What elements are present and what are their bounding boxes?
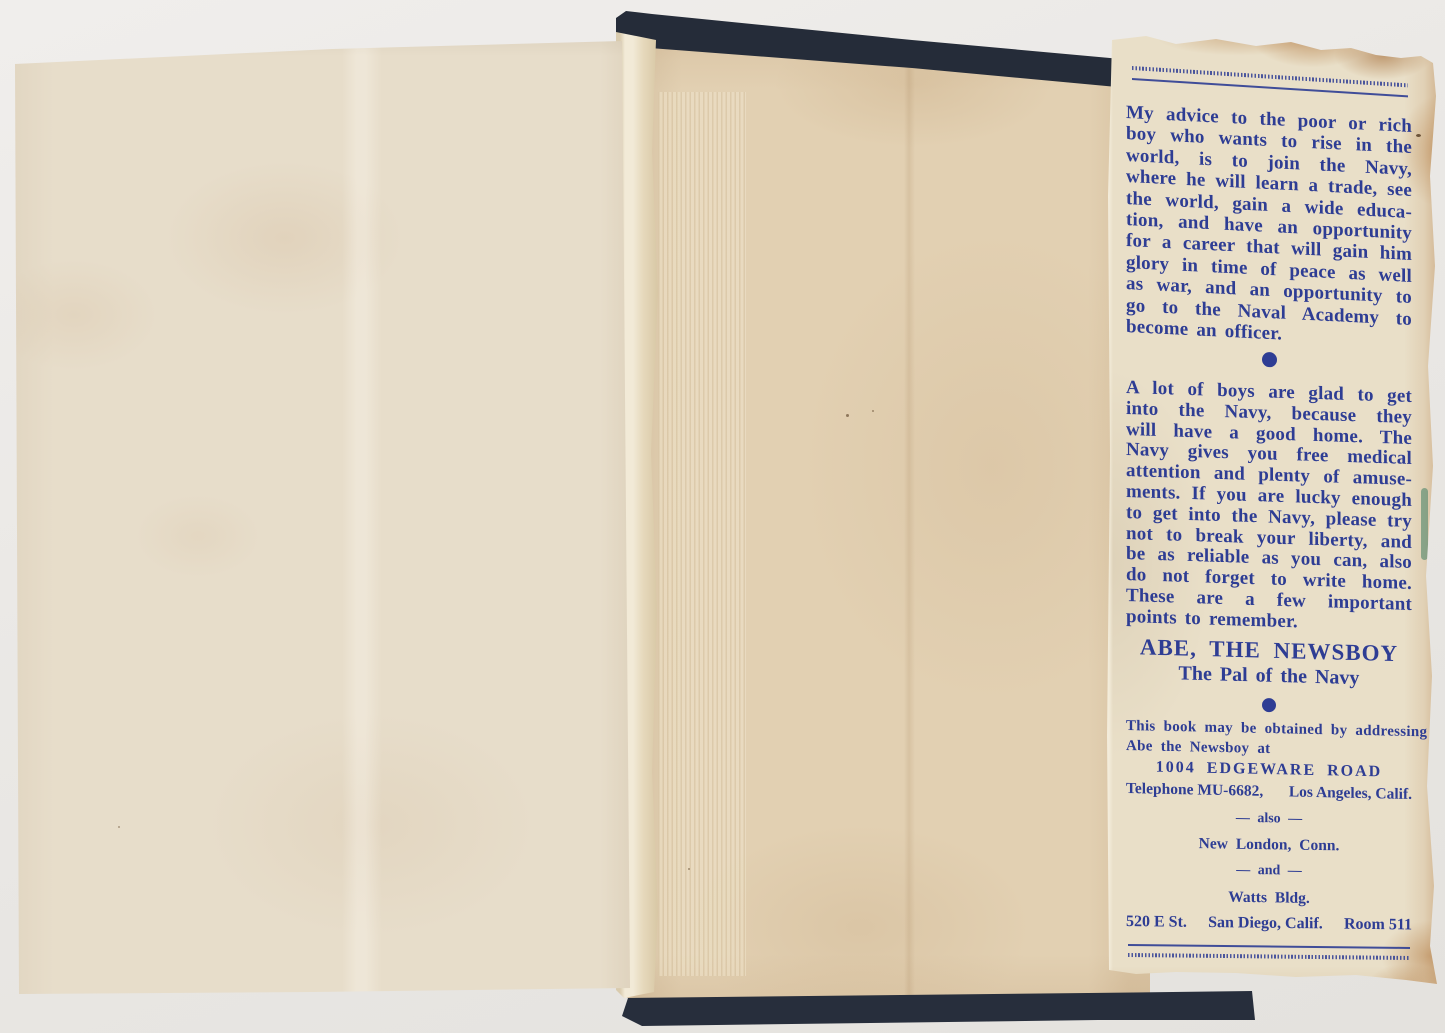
- building-name: Watts Bldg.: [1126, 887, 1412, 909]
- also-divider: — also —: [1126, 809, 1412, 829]
- telephone-number: Telephone MU-6682,: [1126, 779, 1263, 801]
- telephone-city: Los Angeles, Calif.: [1289, 782, 1412, 804]
- paper-speck: [1416, 134, 1421, 137]
- room-number: Room 511: [1344, 915, 1412, 936]
- section-divider-dot: [1262, 698, 1276, 712]
- obtain-note: This book may be obtained by addressing …: [1126, 717, 1412, 762]
- photo-of-open-book: My advice to the poor or rich boy who wa…: [0, 0, 1445, 1033]
- paper-speck: [118, 826, 120, 828]
- endpaper-pastedown-page: [624, 26, 1150, 1006]
- and-divider: — and —: [1126, 861, 1412, 881]
- blank-endpaper-page: [12, 36, 632, 998]
- street-city: San Diego, Calif.: [1208, 913, 1323, 934]
- dust-jacket-flap: My advice to the poor or rich boy who wa…: [1106, 36, 1440, 994]
- paper-speck: [872, 410, 874, 412]
- second-location: New London, Conn.: [1126, 834, 1412, 856]
- hatched-rule: [1132, 66, 1408, 87]
- section-divider-dot: [1262, 352, 1277, 367]
- green-mark: [1421, 488, 1428, 560]
- flap-text-block: My advice to the poor or rich boy who wa…: [1126, 36, 1412, 957]
- paper-speck: [846, 414, 849, 417]
- san-diego-address-line: 520 E St. San Diego, Calif. Room 511: [1126, 912, 1412, 935]
- telephone-line: Telephone MU-6682, Los Angeles, Calif.: [1126, 779, 1412, 804]
- hatched-rule: [1128, 953, 1410, 960]
- double-rule-bottom: [1128, 944, 1410, 960]
- double-rule-top: [1132, 66, 1408, 97]
- navy-home-paragraph: A lot of boys are glad to get into the N…: [1126, 378, 1412, 637]
- advice-paragraph: My advice to the poor or rich boy who wa…: [1126, 102, 1412, 351]
- solid-rule: [1128, 944, 1410, 949]
- paper-speck: [688, 868, 690, 870]
- glue-residue-strip: [658, 92, 746, 976]
- street-number: 520 E St.: [1126, 912, 1187, 933]
